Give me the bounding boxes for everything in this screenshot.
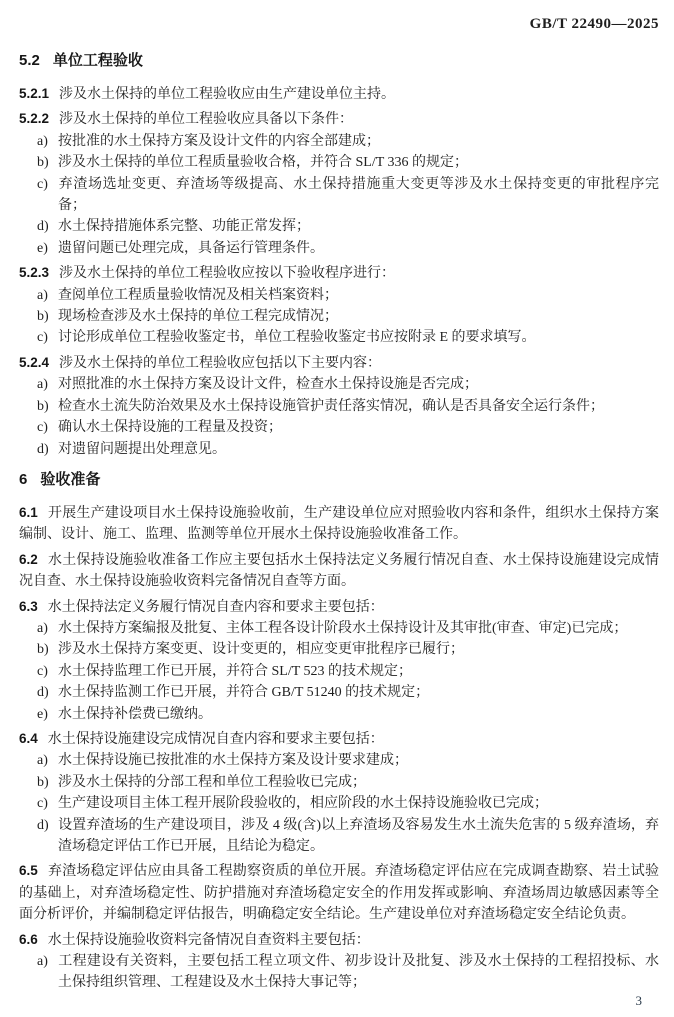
item-label: c) <box>37 793 58 814</box>
item-text: 对遗留问题提出处理意见。 <box>58 442 226 457</box>
item-label: b) <box>37 772 58 793</box>
standard-number-header: GB/T 22490—2025 <box>19 15 659 33</box>
item-label: a) <box>37 618 58 639</box>
item-label: e) <box>37 704 58 725</box>
item-text: 按批准的水土保持方案及设计文件的内容全部建成； <box>58 134 380 149</box>
item-label: a) <box>37 750 58 771</box>
list-item: a)工程建设有关资料，主要包括工程立项文件、初步设计及批复、涉及水土保持的工程招… <box>37 951 659 994</box>
item-label: d) <box>37 216 58 237</box>
item-text: 水土保持监测工作已开展，并符合 GB/T 51240 的技术规定； <box>58 685 429 700</box>
item-text: 工程建设有关资料，主要包括工程立项文件、初步设计及批复、涉及水土保持的工程招投标… <box>58 954 659 990</box>
list-item: c)弃渣场选址变更、弃渣场等级提高、水土保持措施重大变更等涉及水土保持变更的审批… <box>37 174 659 217</box>
item-text: 水土保持措施体系完整、功能正常发挥； <box>58 219 310 234</box>
item-label: a) <box>37 285 58 306</box>
item-text: 弃渣场选址变更、弃渣场等级提高、水土保持措施重大变更等涉及水土保持变更的审批程序… <box>58 177 659 213</box>
list-item: b)涉及水土保持方案变更、设计变更的，相应变更审批程序已履行； <box>37 639 659 660</box>
item-text: 涉及水土保持的分部工程和单位工程验收已完成； <box>58 775 366 790</box>
item-text: 讨论形成单位工程验收鉴定书，单位工程验收鉴定书应按附录 E 的要求填写。 <box>58 330 536 345</box>
item-label: c) <box>37 661 58 682</box>
list-item: c)水土保持监理工作已开展，并符合 SL/T 523 的技术规定； <box>37 661 659 682</box>
item-label: a) <box>37 951 58 972</box>
page-number: 3 <box>636 993 643 1009</box>
item-label: c) <box>37 327 58 348</box>
item-text: 水土保持补偿费已缴纳。 <box>58 707 212 722</box>
clause-paragraph: 6.2水土保持设施验收准备工作应主要包括水土保持法定义务履行情况自查、水土保持设… <box>19 549 659 593</box>
item-label: c) <box>37 174 58 195</box>
list-item: d)水土保持措施体系完整、功能正常发挥； <box>37 216 659 237</box>
item-text: 确认水土保持设施的工程量及投资； <box>58 420 282 435</box>
clause-number: 5.2.1 <box>19 86 49 101</box>
item-text: 生产建设项目主体工程开展阶段验收的，相应阶段的水土保持设施验收已完成； <box>58 796 548 811</box>
list-item: e)水土保持补偿费已缴纳。 <box>37 704 659 725</box>
clause-text: 水土保持设施建设完成情况自查内容和要求主要包括： <box>48 732 384 747</box>
document-content: 5.2单位工程验收5.2.1涉及水土保持的单位工程验收应由生产建设单位主持。5.… <box>19 51 659 994</box>
item-text: 设置弃渣场的生产建设项目，涉及 4 级(含)以上弃渣场及容易发生水土流失危害的 … <box>58 818 659 854</box>
clause-number: 6.2 <box>19 552 38 567</box>
item-text: 涉及水土保持方案变更、设计变更的，相应变更审批程序已履行； <box>58 642 464 657</box>
clause-number: 6.5 <box>19 863 38 878</box>
list-item: d)设置弃渣场的生产建设项目，涉及 4 级(含)以上弃渣场及容易发生水土流失危害… <box>37 815 659 858</box>
heading-title: 单位工程验收 <box>53 52 143 69</box>
list-item: a)查阅单位工程质量验收情况及相关档案资料； <box>37 285 659 306</box>
document-page: GB/T 22490—2025 5.2单位工程验收5.2.1涉及水土保持的单位工… <box>0 0 674 1017</box>
list-item: b)现场检查涉及水土保持的单位工程完成情况； <box>37 306 659 327</box>
item-label: b) <box>37 396 58 417</box>
clause-paragraph: 6.3水土保持法定义务履行情况自查内容和要求主要包括： <box>19 596 659 618</box>
list-item: a)对照批准的水土保持方案及设计文件，检查水土保持设施是否完成； <box>37 374 659 395</box>
list-item: b)检查水土流失防治效果及水土保持设施管护责任落实情况，确认是否具备安全运行条件… <box>37 396 659 417</box>
item-text: 涉及水土保持的单位工程质量验收合格，并符合 SL/T 336 的规定； <box>58 155 468 170</box>
item-label: e) <box>37 238 58 259</box>
clause-paragraph: 6.6水土保持设施验收资料完备情况自查资料主要包括： <box>19 929 659 951</box>
clause-number: 6.6 <box>19 932 38 947</box>
item-label: b) <box>37 152 58 173</box>
section-heading: 6验收准备 <box>19 470 659 490</box>
list-item: a)水土保持方案编报及批复、主体工程各设计阶段水土保持设计及其审批(审查、审定)… <box>37 618 659 639</box>
list-item: a)水土保持设施已按批准的水土保持方案及设计要求建成； <box>37 750 659 771</box>
heading-title: 验收准备 <box>40 471 100 488</box>
clause-text: 涉及水土保持的单位工程验收应包括以下主要内容： <box>59 356 381 371</box>
clause-text: 涉及水土保持的单位工程验收应具备以下条件： <box>59 112 353 127</box>
list-item: c)确认水土保持设施的工程量及投资； <box>37 417 659 438</box>
item-text: 查阅单位工程质量验收情况及相关档案资料； <box>58 288 338 303</box>
clause-paragraph: 6.1开展生产建设项目水土保持设施验收前，生产建设单位应对照验收内容和条件，组织… <box>19 502 659 546</box>
clause-text: 涉及水土保持的单位工程验收应由生产建设单位主持。 <box>59 87 395 102</box>
clause-number: 6.3 <box>19 599 38 614</box>
clause-text: 弃渣场稳定评估应由具备工程勘察资质的单位开展。弃渣场稳定评估应在完成调查勘察、岩… <box>19 864 659 922</box>
item-text: 水土保持方案编报及批复、主体工程各设计阶段水土保持设计及其审批(审查、审定)已完… <box>58 621 627 636</box>
item-label: c) <box>37 417 58 438</box>
clause-number: 6.1 <box>19 505 38 520</box>
list-item: c)生产建设项目主体工程开展阶段验收的，相应阶段的水土保持设施验收已完成； <box>37 793 659 814</box>
item-text: 水土保持监理工作已开展，并符合 SL/T 523 的技术规定； <box>58 664 412 679</box>
list-item: d)水土保持监测工作已开展，并符合 GB/T 51240 的技术规定； <box>37 682 659 703</box>
list-item: e)遗留问题已处理完成，具备运行管理条件。 <box>37 238 659 259</box>
clause-paragraph: 6.5弃渣场稳定评估应由具备工程勘察资质的单位开展。弃渣场稳定评估应在完成调查勘… <box>19 860 659 925</box>
heading-number: 6 <box>19 471 27 488</box>
item-label: d) <box>37 815 58 836</box>
clause-number: 6.4 <box>19 731 38 746</box>
item-label: a) <box>37 374 58 395</box>
heading-number: 5.2 <box>19 52 40 69</box>
clause-text: 水土保持设施验收准备工作应主要包括水土保持法定义务履行情况自查、水土保持设施建设… <box>19 553 659 589</box>
clause-number: 5.2.2 <box>19 111 49 126</box>
list-item: b)涉及水土保持的分部工程和单位工程验收已完成； <box>37 772 659 793</box>
item-label: b) <box>37 639 58 660</box>
clause-text: 水土保持设施验收资料完备情况自查资料主要包括： <box>48 933 370 948</box>
clause-paragraph: 5.2.3涉及水土保持的单位工程验收应按以下验收程序进行： <box>19 262 659 284</box>
item-label: d) <box>37 439 58 460</box>
section-heading: 5.2单位工程验收 <box>19 51 659 71</box>
list-item: a)按批准的水土保持方案及设计文件的内容全部建成； <box>37 131 659 152</box>
item-text: 遗留问题已处理完成，具备运行管理条件。 <box>58 241 324 256</box>
list-item: d)对遗留问题提出处理意见。 <box>37 439 659 460</box>
item-text: 现场检查涉及水土保持的单位工程完成情况； <box>58 309 338 324</box>
list-item: b)涉及水土保持的单位工程质量验收合格，并符合 SL/T 336 的规定； <box>37 152 659 173</box>
item-label: d) <box>37 682 58 703</box>
item-label: b) <box>37 306 58 327</box>
clause-paragraph: 5.2.1涉及水土保持的单位工程验收应由生产建设单位主持。 <box>19 83 659 105</box>
item-text: 对照批准的水土保持方案及设计文件，检查水土保持设施是否完成； <box>58 377 478 392</box>
clause-number: 5.2.3 <box>19 265 49 280</box>
clause-text: 涉及水土保持的单位工程验收应按以下验收程序进行： <box>59 266 395 281</box>
item-label: a) <box>37 131 58 152</box>
clause-paragraph: 5.2.2涉及水土保持的单位工程验收应具备以下条件： <box>19 108 659 130</box>
clause-number: 5.2.4 <box>19 355 49 370</box>
clause-text: 开展生产建设项目水土保持设施验收前，生产建设单位应对照验收内容和条件，组织水土保… <box>19 506 659 542</box>
list-item: c)讨论形成单位工程验收鉴定书，单位工程验收鉴定书应按附录 E 的要求填写。 <box>37 327 659 348</box>
item-text: 水土保持设施已按批准的水土保持方案及设计要求建成； <box>58 753 408 768</box>
item-text: 检查水土流失防治效果及水土保持设施管护责任落实情况，确认是否具备安全运行条件； <box>58 399 604 414</box>
clause-paragraph: 5.2.4涉及水土保持的单位工程验收应包括以下主要内容： <box>19 352 659 374</box>
clause-paragraph: 6.4水土保持设施建设完成情况自查内容和要求主要包括： <box>19 728 659 750</box>
clause-text: 水土保持法定义务履行情况自查内容和要求主要包括： <box>48 600 384 615</box>
